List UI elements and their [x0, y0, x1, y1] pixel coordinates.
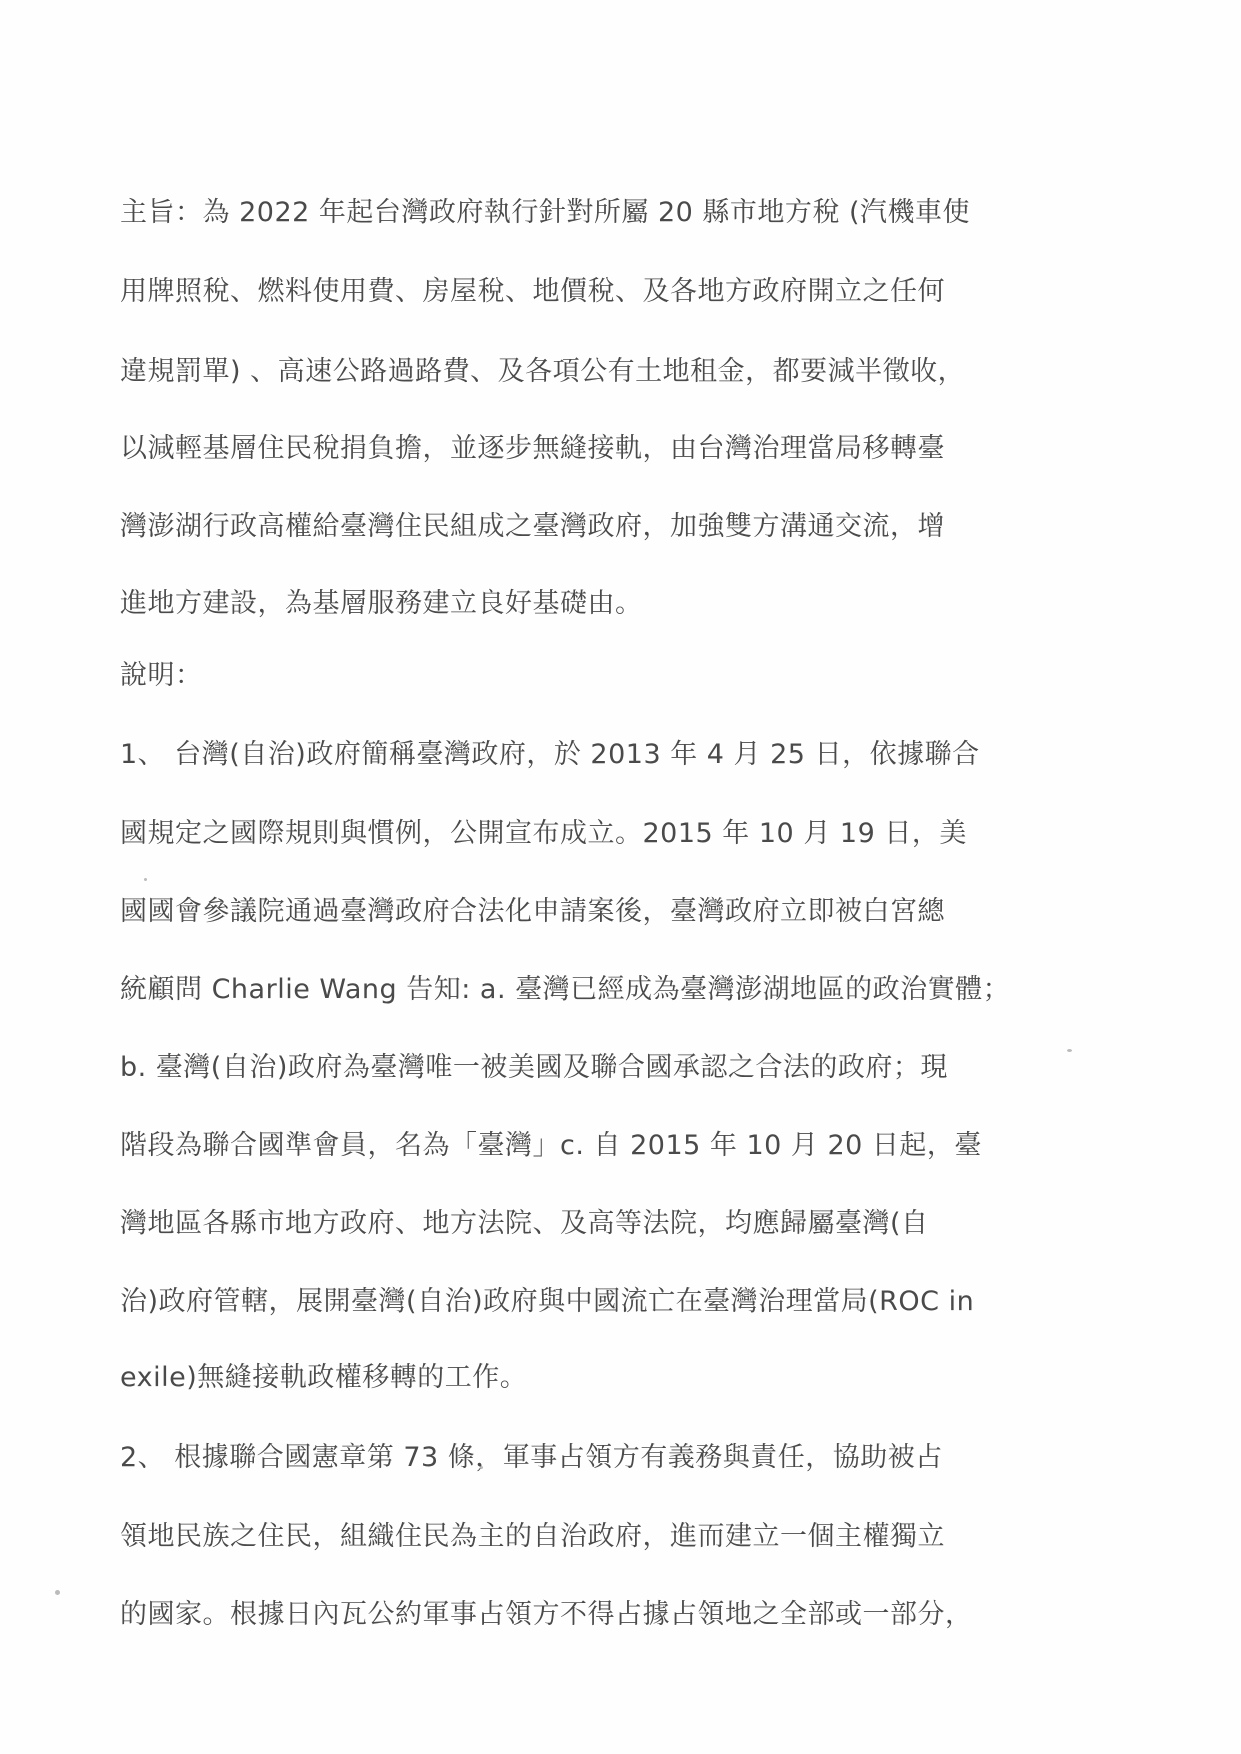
item-1-line-2: 國規定之國際規則與慣例，公開宣布成立。2015 年 10 月 19 日，美	[120, 816, 967, 852]
item-1-line-1: 1、 台灣(自治)政府簡稱臺灣政府，於 2013 年 4 月 25 日，依據聯合	[120, 737, 980, 773]
item-1-line-8: 治)政府管轄，展開臺灣(自治)政府與中國流亡在臺灣治理當局(ROC in	[120, 1284, 974, 1320]
item-1-line-9: exile)無縫接軌政權移轉的工作。	[120, 1360, 527, 1396]
item-1-line-4: 統顧問 Charlie Wang 告知: a. 臺灣已經成為臺灣澎湖地區的政治實…	[120, 972, 1010, 1008]
subject-line-2: 用牌照稅、燃料使用費、房屋稅、地價稅、及各地方政府開立之任何	[120, 274, 945, 310]
scan-speck	[1067, 1049, 1072, 1052]
item-1-line-5: b. 臺灣(自治)政府為臺灣唯一被美國及聯合國承認之合法的政府；現	[120, 1050, 948, 1086]
scan-speck	[480, 1466, 483, 1469]
item-2-line-2: 領地民族之住民，組織住民為主的自治政府，進而建立一個主權獨立	[120, 1519, 945, 1555]
item-1-line-7: 灣地區各縣市地方政府、地方法院、及高等法院，均應歸屬臺灣(自	[120, 1206, 929, 1242]
subject-line-6: 進地方建設，為基層服務建立良好基礎由。	[120, 586, 643, 622]
item-2-line-3: 的國家。根據日內瓦公約軍事占領方不得占據占領地之全部或一部分，	[120, 1597, 973, 1633]
subject-line-5: 灣澎湖行政高權給臺灣住民組成之臺灣政府，加強雙方溝通交流，增	[120, 509, 945, 545]
scan-speck	[55, 1590, 60, 1595]
item-2-line-1: 2、 根據聯合國憲章第 73 條，軍事占領方有義務與責任，協助被占	[120, 1440, 943, 1476]
item-1-line-6: 階段為聯合國準會員，名為「臺灣」c. 自 2015 年 10 月 20 日起，臺	[120, 1128, 982, 1164]
scan-speck	[144, 878, 147, 881]
item-1-line-3: 國國會參議院通過臺灣政府合法化申請案後，臺灣政府立即被白宮總	[120, 894, 945, 930]
scanned-document-page: 主旨：為 2022 年起台灣政府執行針對所屬 20 縣市地方稅 (汽機車使 用牌…	[0, 0, 1241, 1754]
subject-line-4: 以減輕基層住民稅捐負擔，並逐步無縫接軌，由台灣治理當局移轉臺	[120, 431, 945, 467]
subject-line-1: 主旨：為 2022 年起台灣政府執行針對所屬 20 縣市地方稅 (汽機車使	[120, 195, 970, 231]
subject-line-3: 違規罰單) 、高速公路過路費、及各項公有土地租金，都要減半徵收，	[120, 354, 965, 390]
explanation-heading: 說明：	[120, 658, 203, 694]
